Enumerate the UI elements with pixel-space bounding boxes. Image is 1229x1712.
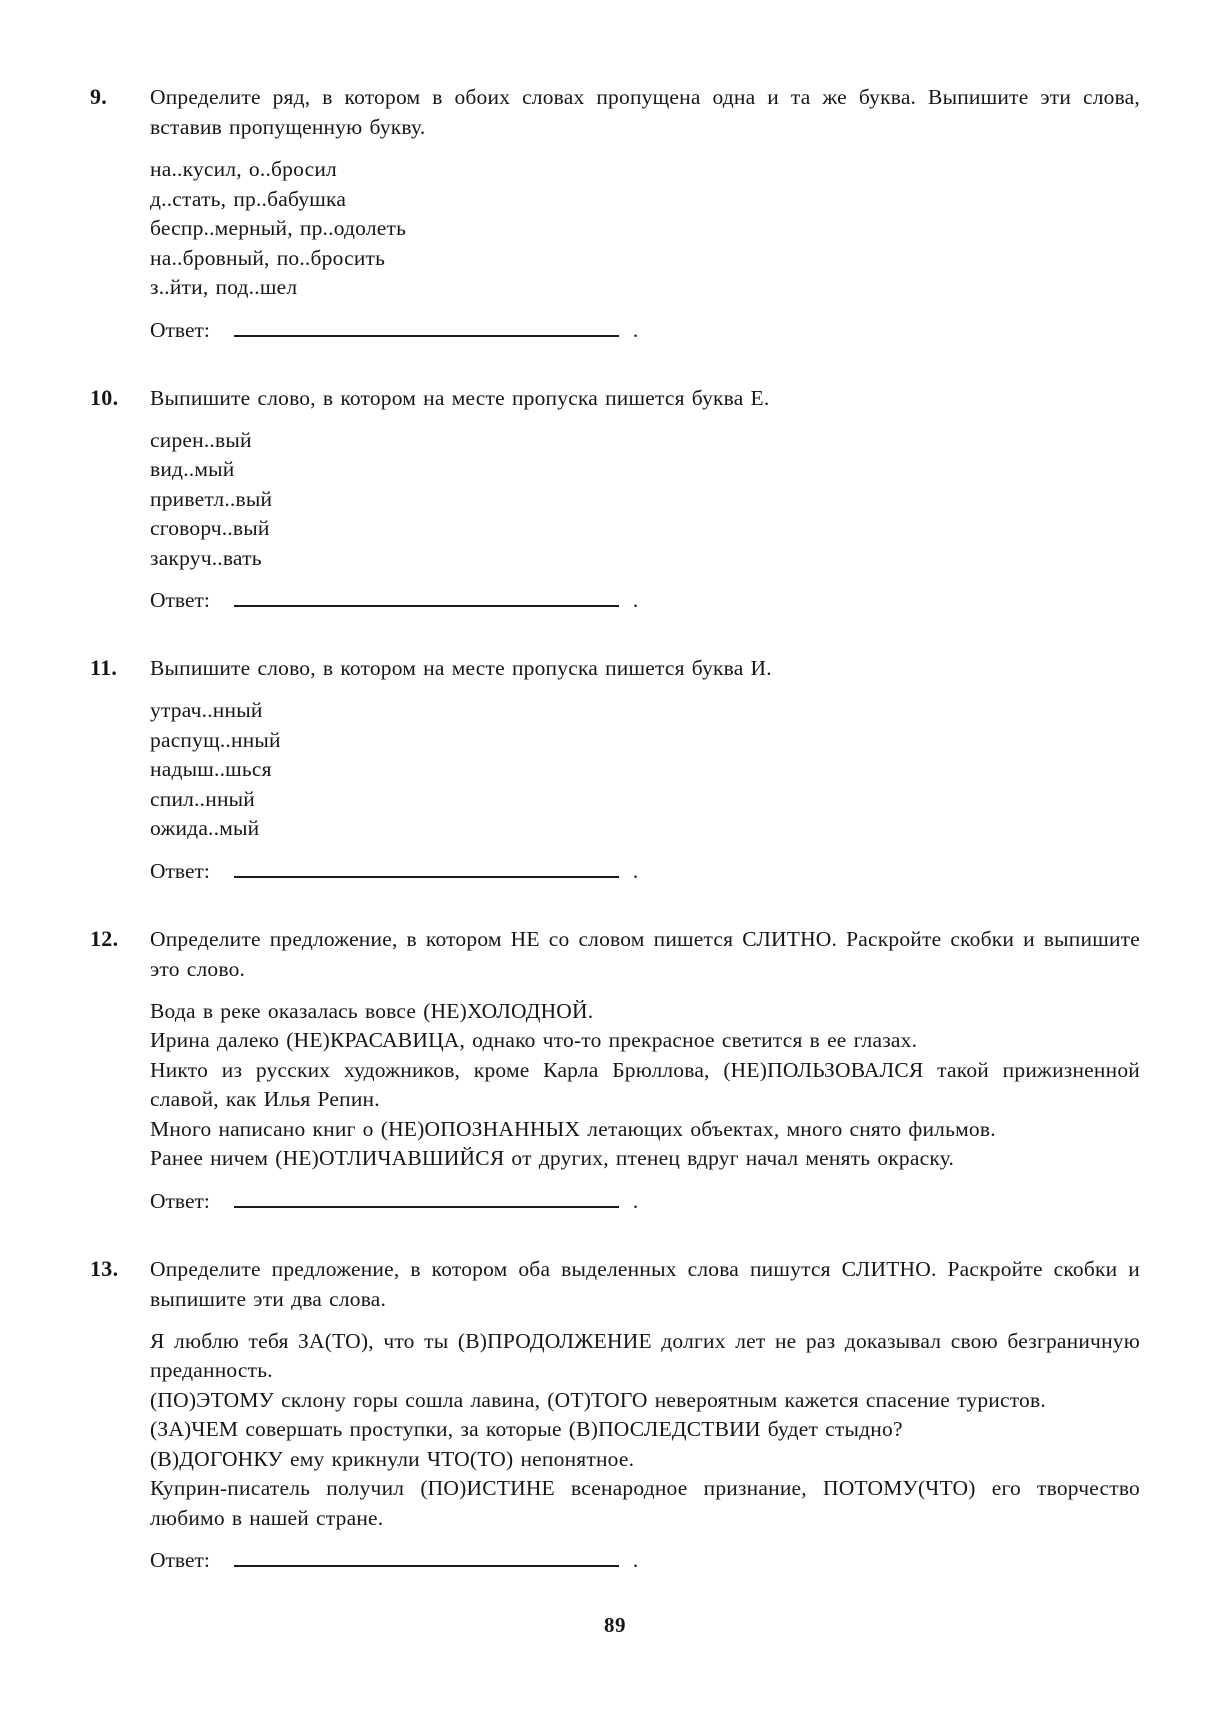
option-item: ожида..мый	[150, 814, 1140, 844]
option-item: вид..мый	[150, 455, 1140, 485]
option-item: (ЗА)ЧЕМ совершать проступки, за которые …	[150, 1415, 1140, 1445]
answer-label: Ответ:	[150, 588, 210, 612]
option-item: (ПО)ЭТОМУ склону горы сошла лавина, (ОТ)…	[150, 1386, 1140, 1416]
option-item: з..йти, под..шел	[150, 273, 1140, 303]
question-number: 9.	[90, 82, 150, 345]
options-list: на..кусил, о..бросил д..стать, пр..бабуш…	[150, 155, 1140, 303]
option-item: Ирина далеко (НЕ)КРАСАВИЦА, однако что-т…	[150, 1026, 1140, 1056]
answer-blank-line	[234, 585, 619, 607]
option-item: сирен..вый	[150, 426, 1140, 456]
answer-period: .	[633, 588, 638, 612]
page-number: 89	[90, 1613, 1140, 1638]
question-12: 12. Определите предложение, в котором НЕ…	[90, 924, 1140, 1216]
option-item: сговорч..вый	[150, 514, 1140, 544]
options-list: Я люблю тебя ЗА(ТО), что ты (В)ПРОДОЛЖЕН…	[150, 1327, 1140, 1534]
question-number: 13.	[90, 1254, 150, 1576]
answer-label: Ответ:	[150, 859, 210, 883]
answer-label: Ответ:	[150, 318, 210, 342]
option-item: Вода в реке оказалась вовсе (НЕ)ХОЛОДНОЙ…	[150, 997, 1140, 1027]
answer-label: Ответ:	[150, 1548, 210, 1572]
question-prompt: Выпишите слово, в котором на месте пропу…	[150, 383, 1140, 413]
answer-period: .	[633, 1189, 638, 1213]
option-item: надыш..шься	[150, 755, 1140, 785]
question-number: 10.	[90, 383, 150, 616]
option-item: приветл..вый	[150, 485, 1140, 515]
question-number: 11.	[90, 653, 150, 886]
answer-period: .	[633, 318, 638, 342]
option-item: на..кусил, о..бросил	[150, 155, 1140, 185]
option-item: на..бровный, по..бросить	[150, 244, 1140, 274]
options-list: утрач..нный распущ..нный надыш..шься спи…	[150, 696, 1140, 844]
question-13: 13. Определите предложение, в котором об…	[90, 1254, 1140, 1576]
question-prompt: Определите ряд, в котором в обоих словах…	[150, 82, 1140, 142]
question-10: 10. Выпишите слово, в котором на месте п…	[90, 383, 1140, 616]
question-prompt: Определите предложение, в котором оба вы…	[150, 1254, 1140, 1314]
question-prompt: Определите предложение, в котором НЕ со …	[150, 924, 1140, 984]
answer-row: Ответ:.	[150, 315, 1140, 345]
option-item: д..стать, пр..бабушка	[150, 185, 1140, 215]
exam-page: 9. Определите ряд, в котором в обоих сло…	[0, 0, 1229, 1712]
answer-period: .	[633, 1548, 638, 1572]
option-item: утрач..нный	[150, 696, 1140, 726]
answer-blank-line	[234, 1186, 619, 1208]
question-prompt: Выпишите слово, в котором на месте пропу…	[150, 653, 1140, 683]
options-list: Вода в реке оказалась вовсе (НЕ)ХОЛОДНОЙ…	[150, 997, 1140, 1174]
option-item: закруч..вать	[150, 544, 1140, 574]
answer-row: Ответ:.	[150, 1545, 1140, 1575]
answer-row: Ответ:.	[150, 585, 1140, 615]
question-11: 11. Выпишите слово, в котором на месте п…	[90, 653, 1140, 886]
answer-blank-line	[234, 1545, 619, 1567]
question-number: 12.	[90, 924, 150, 1216]
option-item: Я люблю тебя ЗА(ТО), что ты (В)ПРОДОЛЖЕН…	[150, 1327, 1140, 1386]
option-item: Много написано книг о (НЕ)ОПОЗНАННЫХ лет…	[150, 1115, 1140, 1145]
question-9: 9. Определите ряд, в котором в обоих сло…	[90, 82, 1140, 345]
option-item: Никто из русских художников, кроме Карла…	[150, 1056, 1140, 1115]
option-item: Ранее ничем (НЕ)ОТЛИЧАВШИЙСЯ от других, …	[150, 1144, 1140, 1174]
option-item: (В)ДОГОНКУ ему крикнули ЧТО(ТО) непонятн…	[150, 1445, 1140, 1475]
answer-row: Ответ:.	[150, 856, 1140, 886]
answer-blank-line	[234, 856, 619, 878]
answer-period: .	[633, 859, 638, 883]
answer-blank-line	[234, 315, 619, 337]
option-item: спил..нный	[150, 785, 1140, 815]
option-item: распущ..нный	[150, 726, 1140, 756]
option-item: Куприн-писатель получил (ПО)ИСТИНЕ всена…	[150, 1474, 1140, 1533]
option-item: беспр..мерный, пр..одолеть	[150, 214, 1140, 244]
answer-row: Ответ:.	[150, 1186, 1140, 1216]
answer-label: Ответ:	[150, 1189, 210, 1213]
options-list: сирен..вый вид..мый приветл..вый сговорч…	[150, 426, 1140, 574]
